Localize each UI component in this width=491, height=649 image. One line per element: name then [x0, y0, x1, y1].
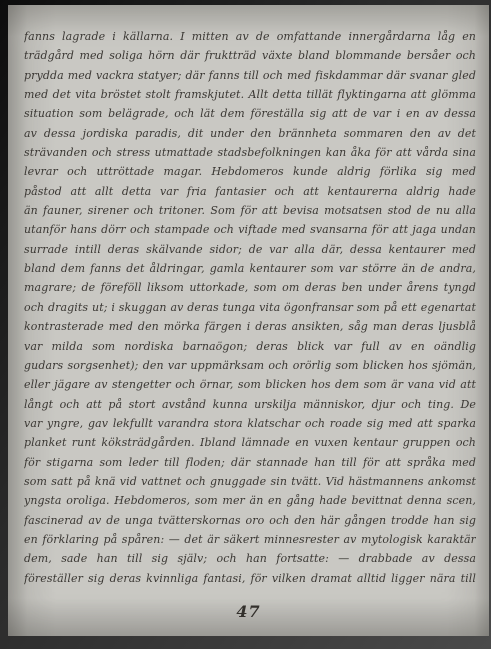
text-line: påstod att allt detta var fria fantasier… [24, 182, 476, 201]
text-line: gudars sorgsenhet); den var uppmärksam o… [24, 356, 476, 375]
text-line: planket runt köksträdgården. Ibland lämn… [24, 433, 476, 452]
text-line: långt och att på stort avstånd kunna urs… [24, 395, 476, 414]
text-line: utanför hans dörr och stampade och vifta… [24, 220, 476, 239]
text-line: strävanden och stress utmattade stadsbef… [24, 143, 476, 162]
page-paper: fanns lagrade i källarna. I mitten av de… [8, 5, 489, 636]
text-line: var milda som nordiska barnaögon; deras … [24, 337, 476, 356]
text-line: än fauner, sirener och tritoner. Som för… [24, 201, 476, 220]
page-number: 47 [8, 602, 489, 621]
text-line: situation som belägrade, och lät dem för… [24, 104, 476, 123]
text-line: kontrasterade med den mörka färgen i der… [24, 317, 476, 336]
text-line: fanns lagrade i källarna. I mitten av de… [24, 27, 476, 46]
text-line: med det vita bröstet stolt framskjutet. … [24, 85, 476, 104]
text-line: fascinerad av de unga tvätterskornas oro… [24, 511, 476, 530]
text-line: föreställer sig deras kvinnliga fantasi,… [24, 569, 476, 588]
text-line: av dessa jordiska paradis, dit under den… [24, 124, 476, 143]
text-line: och dragits ut; i skuggan av deras tunga… [24, 298, 476, 317]
text-line: trädgård med soliga hörn där fruktträd v… [24, 46, 476, 65]
page-text: fanns lagrade i källarna. I mitten av de… [24, 27, 476, 588]
text-line: var yngre, gav lekfullt varandra stora k… [24, 414, 476, 433]
text-line: en förklaring på spåren: — det är säkert… [24, 530, 476, 549]
text-line: yngsta oroliga. Hebdomeros, som mer än e… [24, 491, 476, 510]
text-line: bland dem fanns det åldringar, gamla ken… [24, 259, 476, 278]
text-line: levrar och uttröttade magar. Hebdomeros … [24, 162, 476, 181]
text-line: dem, sade han till sig själv; och han fo… [24, 549, 476, 568]
text-line: prydda med vackra statyer; där fanns til… [24, 66, 476, 85]
book-page-scan: fanns lagrade i källarna. I mitten av de… [0, 0, 491, 649]
text-line: surrade intill deras skälvande sidor; de… [24, 240, 476, 259]
text-line: eller jägare av stengetter och örnar, so… [24, 375, 476, 394]
text-line: som satt på knä vid vattnet och gnuggade… [24, 472, 476, 491]
text-line: för stigarna som leder till floden; där … [24, 453, 476, 472]
text-line: magrare; de föreföll liksom uttorkade, s… [24, 278, 476, 297]
